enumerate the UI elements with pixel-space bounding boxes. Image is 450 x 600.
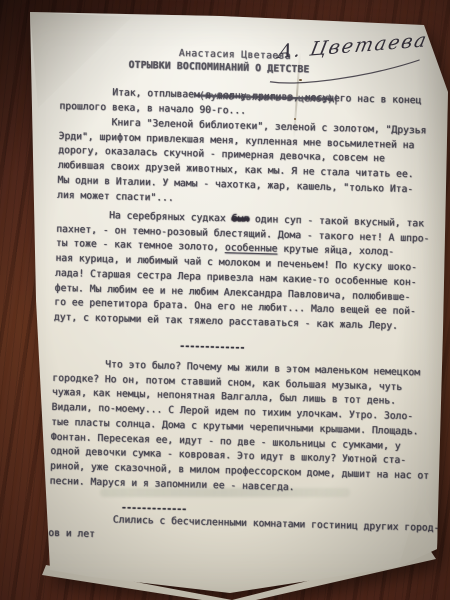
paragraph-4: Что это было? Почему мы жили в этом мале… <box>49 357 431 499</box>
typewritten-page: Анастасия Цветаева ОТРЫВКИ ВОСПОМИНАНИЙ … <box>0 0 450 600</box>
paragraph-2: Книга "Зеленой библиотеки", зеленой с зо… <box>57 115 427 213</box>
typed-text: один суп - такой вкусный, так <box>249 214 424 230</box>
paragraph-5: Слились с бесчисленными комнатами гостин… <box>48 512 439 552</box>
typed-separator: ------------- <box>179 340 245 356</box>
typed-text: ты тоже - как темное золото, <box>56 238 225 253</box>
underlined-word: особенные <box>225 243 278 255</box>
typed-text: На серебряных судках <box>57 209 232 225</box>
struck-word: был <box>231 213 249 224</box>
paper-sheet-wrap: Анастасия Цветаева ОТРЫВКИ ВОСПОМИНАНИЙ … <box>0 0 450 600</box>
typed-text-layer: Анастасия Цветаева ОТРЫВКИ ВОСПОМИНАНИЙ … <box>15 10 440 600</box>
photo-scene: Анастасия Цветаева ОТРЫВКИ ВОСПОМИНАНИЙ … <box>0 0 450 600</box>
paragraph-3: На серебряных судках был один суп - тако… <box>54 208 430 335</box>
typed-text: крутые яйца, холод- <box>277 244 394 258</box>
handwritten-signature: А. Цветаева <box>270 27 450 91</box>
